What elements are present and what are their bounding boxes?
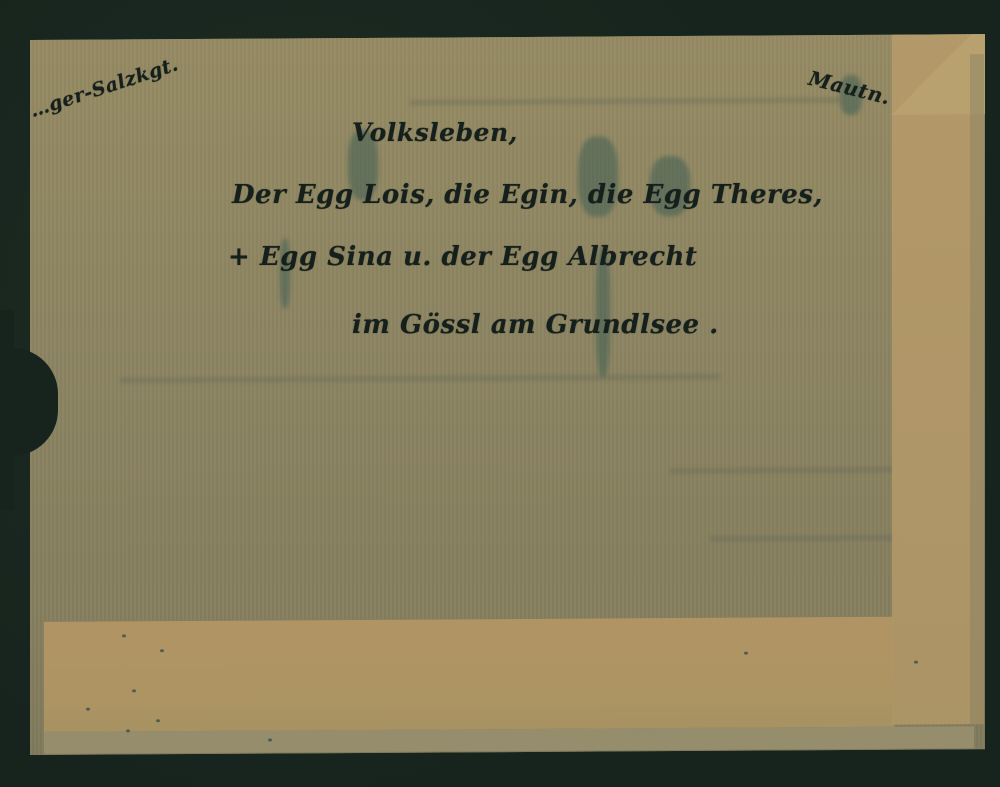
address-line-4: im Gössl am Grundlsee .	[352, 310, 719, 340]
tape-strip-right-edge	[970, 54, 984, 724]
tape-strip-bottom	[44, 617, 894, 732]
address-line-1: Volksleben,	[352, 118, 518, 147]
bleed-through-line	[710, 535, 900, 542]
address-line-3: + Egg Sina u. der Egg Albrecht	[228, 242, 697, 272]
address-line-2: Der Egg Lois, die Egin, die Egg Theres,	[232, 180, 823, 210]
